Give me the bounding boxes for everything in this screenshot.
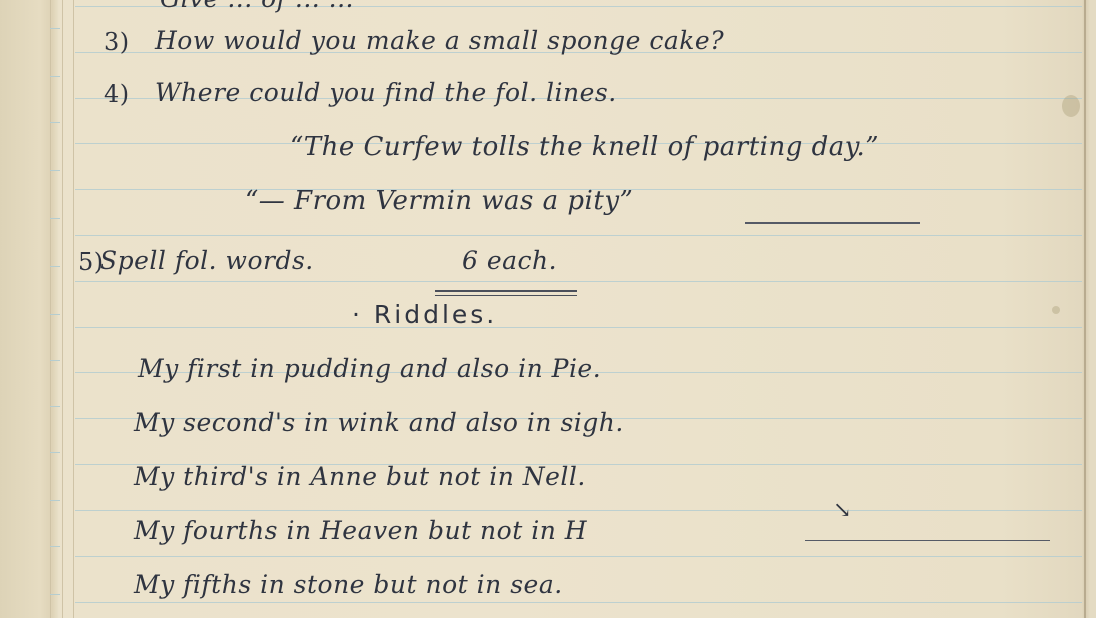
- riddle-line: My second's in wink and also in sigh.: [134, 408, 624, 437]
- riddle-line: My fifths in stone but not in sea.: [134, 570, 563, 599]
- answer-blank-line: [745, 222, 920, 224]
- paper-stain: [1062, 95, 1080, 117]
- question-text: How would you make a small sponge cake?: [155, 26, 724, 55]
- quote-line: “The Curfew tolls the knell of parting d…: [290, 132, 879, 162]
- margin-line: [50, 0, 51, 618]
- margin-tick: [50, 170, 60, 171]
- arrow-icon: ↘: [833, 498, 851, 523]
- riddles-heading: · Riddles.: [352, 300, 497, 329]
- margin-tick: [50, 594, 60, 595]
- rule-line: [75, 235, 1082, 236]
- margin-line: [62, 0, 63, 618]
- margin-tick: [50, 452, 60, 453]
- margin-tick: [50, 546, 60, 547]
- margin-tick: [50, 218, 60, 219]
- rule-line: [75, 281, 1082, 282]
- spelling-note: 6 each.: [462, 246, 557, 275]
- notebook-page: Give ... of ... ... 3) How would you mak…: [0, 0, 1096, 618]
- rule-line: [75, 327, 1082, 328]
- margin-tick: [50, 314, 60, 315]
- page-edge: [1084, 0, 1086, 618]
- riddle-line: My first in pudding and also in Pie.: [138, 354, 601, 383]
- margin-line: [73, 0, 74, 618]
- margin-tick: [50, 28, 60, 29]
- double-underline: [435, 290, 577, 292]
- spelling-instruction: Spell fol. words.: [100, 246, 314, 275]
- margin-tick: [50, 500, 60, 501]
- margin-tick: [50, 122, 60, 123]
- margin-tick: [50, 360, 60, 361]
- margin-tick: [50, 266, 60, 267]
- question-text: Where could you find the fol. lines.: [155, 78, 617, 107]
- partial-line: Give ... of ... ...: [160, 0, 354, 13]
- question-number: 4): [104, 80, 130, 108]
- answer-blank-line: [805, 540, 1050, 541]
- question-number: 3): [104, 28, 130, 56]
- double-underline: [435, 295, 577, 296]
- paper-stain: [1052, 306, 1060, 314]
- riddle-line: My fourths in Heaven but not in H: [134, 516, 587, 545]
- margin-tick: [50, 76, 60, 77]
- rule-line: [75, 556, 1082, 557]
- quote-line: “— From Vermin was a pity”: [245, 186, 633, 216]
- riddle-line: My third's in Anne but not in Nell.: [134, 462, 586, 491]
- margin-tick: [50, 406, 60, 407]
- rule-line: [75, 510, 1082, 511]
- rule-line: [75, 602, 1082, 603]
